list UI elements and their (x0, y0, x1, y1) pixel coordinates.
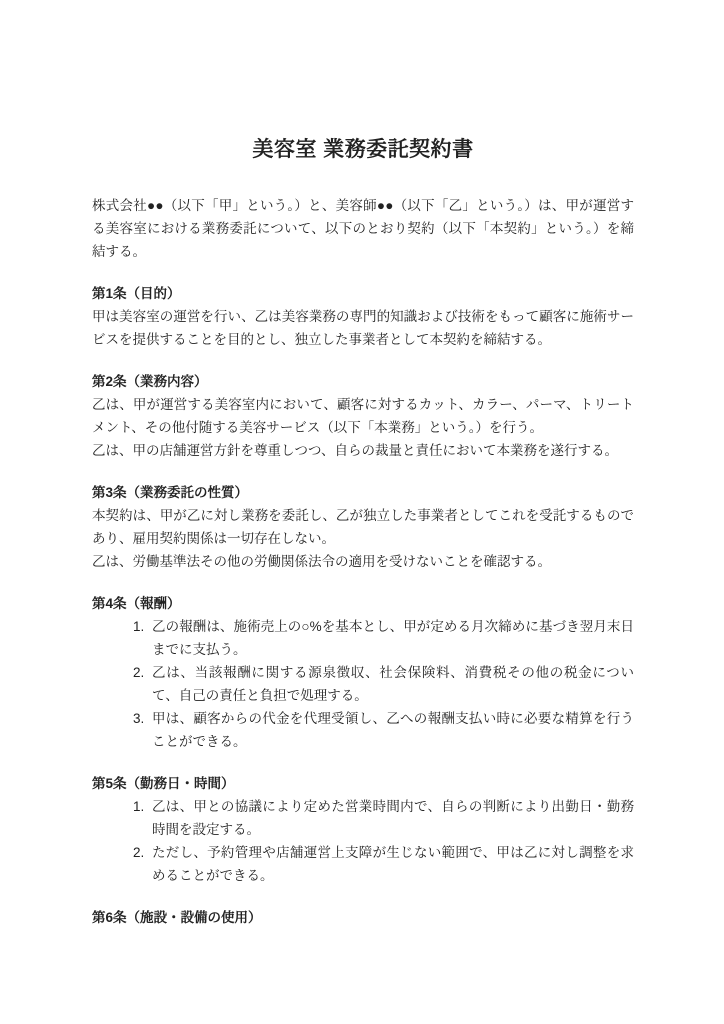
document-title: 美容室 業務委託契約書 (92, 136, 634, 163)
list-item: 甲は、顧客からの代金を代理受領し、乙への報酬支払い時に必要な精算を行うことができ… (148, 707, 634, 753)
section-article-2: 第2条（業務内容） 乙は、甲が運営する美容室内において、顧客に対するカット、カラ… (92, 370, 634, 462)
section-paragraph: 本契約は、甲が乙に対し業務を委託し、乙が独立した事業者としてこれを受託するもので… (92, 504, 634, 550)
section-heading: 第5条（勤務日・時間） (92, 772, 634, 795)
section-heading: 第6条（施設・設備の使用） (92, 906, 634, 929)
section-heading: 第2条（業務内容） (92, 370, 634, 393)
section-article-3: 第3条（業務委託の性質） 本契約は、甲が乙に対し業務を委託し、乙が独立した事業者… (92, 481, 634, 573)
section-article-1: 第1条（目的） 甲は美容室の運営を行い、乙は美容業務の専門的知識および技術をもっ… (92, 282, 634, 351)
list-item: 乙は、当該報酬に関する源泉徴収、社会保険料、消費税その他の税金について、自己の責… (148, 661, 634, 707)
ordered-list: 乙は、甲との協議により定めた営業時間内で、自らの判断により出勤日・勤務時間を設定… (92, 795, 634, 887)
list-item: ただし、予約管理や店舗運営上支障が生じない範囲で、甲は乙に対し調整を求めることが… (148, 841, 634, 887)
section-paragraph: 乙は、甲の店舗運営方針を尊重しつつ、自らの裁量と責任において本業務を遂行する。 (92, 439, 634, 462)
section-paragraph: 甲は美容室の運営を行い、乙は美容業務の専門的知識および技術をもって顧客に施術サー… (92, 305, 634, 351)
ordered-list: 乙の報酬は、施術売上の○%を基本とし、甲が定める月次締めに基づき翌月末日までに支… (92, 615, 634, 753)
section-article-5: 第5条（勤務日・時間） 乙は、甲との協議により定めた営業時間内で、自らの判断によ… (92, 772, 634, 887)
section-paragraph: 乙は、労働基準法その他の労働関係法令の適用を受けないことを確認する。 (92, 550, 634, 573)
list-item: 乙は、甲との協議により定めた営業時間内で、自らの判断により出勤日・勤務時間を設定… (148, 795, 634, 841)
section-article-6: 第6条（施設・設備の使用） (92, 906, 634, 929)
contract-page: 美容室 業務委託契約書 株式会社●●（以下「甲」という。）と、美容師●●（以下「… (0, 0, 724, 1024)
section-heading: 第4条（報酬） (92, 592, 634, 615)
section-heading: 第1条（目的） (92, 282, 634, 305)
list-item: 乙の報酬は、施術売上の○%を基本とし、甲が定める月次締めに基づき翌月末日までに支… (148, 615, 634, 661)
section-paragraph: 乙は、甲が運営する美容室内において、顧客に対するカット、カラー、パーマ、トリート… (92, 393, 634, 439)
section-heading: 第3条（業務委託の性質） (92, 481, 634, 504)
section-article-4: 第4条（報酬） 乙の報酬は、施術売上の○%を基本とし、甲が定める月次締めに基づき… (92, 592, 634, 753)
intro-paragraph: 株式会社●●（以下「甲」という。）と、美容師●●（以下「乙」という。）は、甲が運… (92, 194, 634, 263)
